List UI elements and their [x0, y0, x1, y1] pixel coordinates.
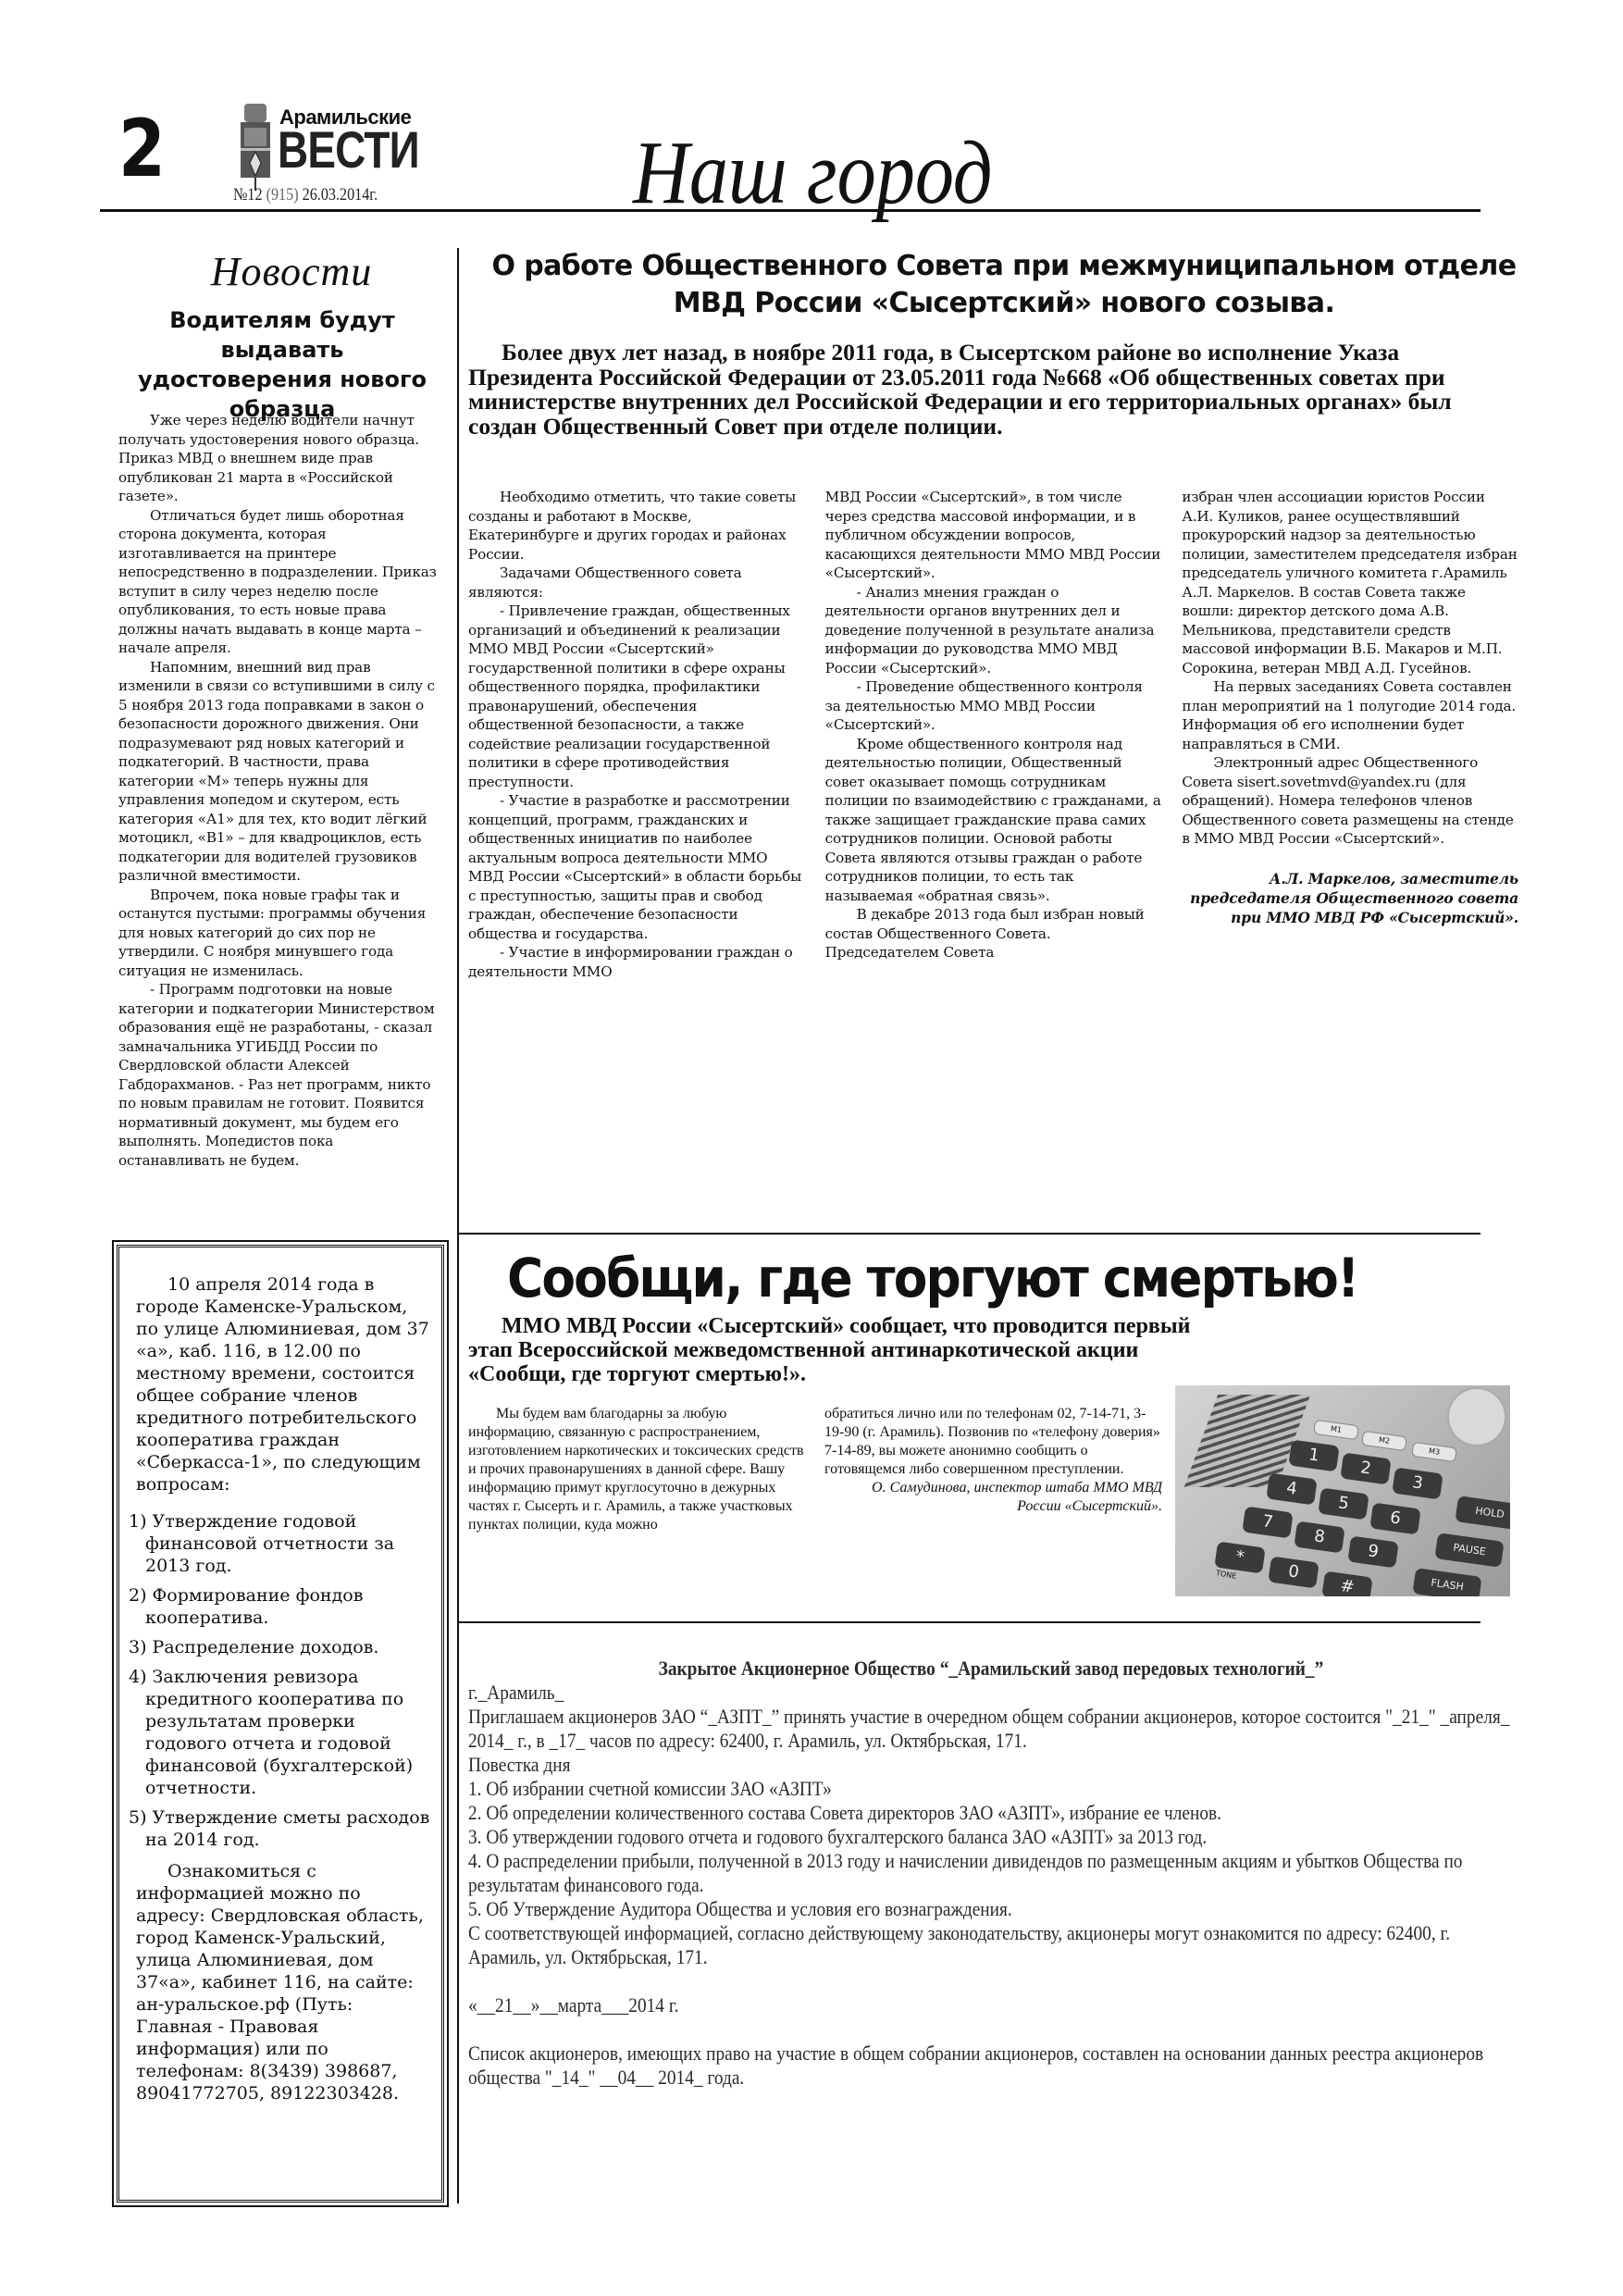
council-article-body: Необходимо отметить, что такие советы со…	[468, 488, 1518, 981]
drug-article-lead: ММО МВД России «Сысертский» сообщает, чт…	[468, 1314, 1227, 1386]
agenda-item: 4) Заключения ревизора кредитного коопер…	[129, 1666, 434, 1799]
paragraph: В декабре 2013 года был избран новый сос…	[825, 905, 1162, 962]
text-column: МВД России «Сысертский», в том числе чер…	[825, 488, 1162, 981]
news-article-body: Уже через неделю водители начнут получат…	[118, 411, 442, 1170]
notice-line: Приглашаем акционеров ЗАО “_АЗПТ_” приня…	[468, 1705, 1514, 1753]
cooperative-announcement-box: 10 апреля 2014 года в городе Каменске-Ур…	[117, 1245, 444, 2203]
issue-number: №12	[233, 185, 263, 205]
paragraph: Задачами Общественного совета являются:	[468, 564, 805, 602]
announcement-content: 10 апреля 2014 года в городе Каменске-Ур…	[129, 1273, 434, 2104]
section-divider	[457, 1233, 1481, 1235]
keypad-key: 8	[1294, 1521, 1344, 1554]
paragraph: На первых заседаниях Совета составлен пл…	[1182, 677, 1518, 753]
agenda-list: 1) Утверждение годовой финансовой отчетн…	[129, 1510, 434, 1851]
paragraph: обратиться лично или по телефонам 02, 7-…	[824, 1405, 1162, 1479]
memory-key: M1	[1313, 1420, 1359, 1441]
text-column: Мы будем вам благодарны за любую информа…	[468, 1405, 806, 1534]
lead-paragraph: ММО МВД России «Сысертский» сообщает, чт…	[468, 1314, 1227, 1386]
announcement-intro: 10 апреля 2014 года в городе Каменске-Ур…	[129, 1273, 434, 1496]
author-signature: А.Л. Маркелов, заместитель председателя …	[1182, 869, 1518, 927]
council-article-title: О работе Общественного Совета при межмун…	[490, 248, 1518, 322]
masthead-rule	[100, 209, 1481, 212]
notice-line: 3. Об утверждении годового отчета и годо…	[468, 1825, 1514, 1849]
function-key: FLASH	[1412, 1568, 1481, 1596]
paragraph: Необходимо отметить, что такие советы со…	[468, 488, 805, 564]
paragraph: - Анализ мнения граждан о деятельности о…	[825, 583, 1162, 678]
paragraph: МВД России «Сысертский», в том числе чер…	[825, 488, 1162, 583]
function-key: HOLD	[1455, 1496, 1510, 1531]
paragraph: Мы будем вам благодарны за любую информа…	[468, 1405, 806, 1534]
telephone-keypad-photo: M1 M2 M3 1 2 3 4 5 6 7 8 9 * 0 # HOLD PA…	[1175, 1385, 1510, 1596]
page-number: 2	[118, 109, 166, 189]
paragraph: Кроме общественного контроля над деятель…	[825, 735, 1162, 906]
keypad-key: 1	[1288, 1440, 1339, 1472]
section-divider	[457, 1621, 1481, 1623]
issue-total: (915)	[266, 185, 299, 205]
text-column: Необходимо отметить, что такие советы со…	[468, 488, 805, 981]
tone-label: TONE	[1215, 1569, 1236, 1581]
notice-date: «__21__»__марта___2014 г.	[468, 1993, 1514, 2017]
keypad-key: 6	[1369, 1503, 1420, 1535]
lead-paragraph: Более двух лет назад, в ноябре 2011 года…	[468, 341, 1514, 439]
agenda-item: 3) Распределение доходов.	[129, 1636, 434, 1658]
text-column: избран член ассоциации юристов России А.…	[1182, 488, 1518, 981]
shareholders-notice: Закрытое Акционерное Общество “_Арамильс…	[468, 1657, 1514, 2090]
notice-line: г._Арамиль_	[468, 1681, 1514, 1705]
paragraph: - Привлечение граждан, общественных орга…	[468, 602, 805, 791]
notice-footer: Список акционеров, имеющих право на учас…	[468, 2042, 1514, 2090]
paragraph: Электронный адрес Общественного Совета s…	[1182, 753, 1518, 849]
function-key: PAUSE	[1434, 1533, 1504, 1568]
memory-key: M2	[1361, 1431, 1407, 1452]
keypad-key: 0	[1268, 1557, 1319, 1589]
notice-line: 2. Об определении количественного состав…	[468, 1801, 1514, 1825]
notice-line: 4. О распределении прибыли, полученной в…	[468, 1849, 1514, 1897]
keypad-key: 9	[1347, 1536, 1398, 1569]
council-article-lead: Более двух лет назад, в ноябре 2011 года…	[468, 341, 1514, 439]
agenda-item: 1) Утверждение годовой финансовой отчетн…	[129, 1510, 434, 1577]
paragraph: избран член ассоциации юристов России А.…	[1182, 488, 1518, 677]
text-column: обратиться лично или по телефонам 02, 7-…	[824, 1405, 1162, 1534]
keypad-key: #	[1321, 1571, 1372, 1596]
notice-title: Закрытое Акционерное Общество “_Арамильс…	[468, 1657, 1514, 1681]
paragraph: Впрочем, пока новые графы так и останутс…	[118, 886, 442, 981]
paragraph: Уже через неделю водители начнут получат…	[118, 411, 442, 506]
issue-info: №12 (915) 26.03.2014г.	[233, 185, 378, 205]
paragraph: - Участие в информировании граждан о дея…	[468, 943, 805, 981]
notice-line: 5. Об Утверждение Аудитора Общества и ус…	[468, 1897, 1514, 1921]
column-divider	[457, 248, 459, 2203]
paragraph: - Проведение общественного контроля за д…	[825, 677, 1162, 735]
memory-key: M3	[1411, 1442, 1457, 1463]
keypad-key: 5	[1318, 1488, 1369, 1520]
speaker-grille	[1184, 1395, 1310, 1487]
announcement-contact: Ознакомиться с информацией можно по адре…	[129, 1860, 434, 2104]
paper-name: ВЕСТИ	[278, 124, 419, 176]
keypad-key: 4	[1266, 1473, 1317, 1506]
paragraph: Напомним, внешний вид прав изменили в св…	[118, 658, 442, 886]
notice-line: С соответствующей информацией, согласно …	[468, 1921, 1514, 1969]
news-heading: Новости	[139, 248, 444, 295]
notice-line: 1. Об избрании счетной комиссии ЗАО «АЗП…	[468, 1777, 1514, 1801]
agenda-item: 5) Утверждение сметы расходов на 2014 го…	[129, 1806, 434, 1851]
drug-article-title: Сообщи, где торгуют смертью!	[507, 1247, 1358, 1309]
keypad-key: 2	[1340, 1453, 1391, 1485]
newspaper-logo: Арамильские ВЕСТИ	[239, 104, 470, 192]
nav-ring	[1447, 1387, 1506, 1446]
drug-article-body: Мы будем вам благодарны за любую информа…	[468, 1405, 1162, 1534]
paragraph: Отличаться будет лишь оборотная сторона …	[118, 506, 442, 658]
spacer	[468, 1969, 1514, 1993]
keypad-key: 3	[1392, 1468, 1443, 1500]
paragraph: - Программ подготовки на новые категории…	[118, 980, 442, 1170]
coat-of-arms-icon	[239, 104, 272, 192]
agenda-item: 2) Формирование фондов кооператива.	[129, 1584, 434, 1629]
issue-date: 26.03.2014г.	[303, 185, 378, 205]
spacer	[468, 2017, 1514, 2042]
section-title: Наш город	[633, 128, 993, 218]
keypad-key: 7	[1242, 1507, 1293, 1539]
news-article-title: Водителям будут выдавать удостоверения н…	[120, 305, 444, 424]
author-signature: О. Самудинова, инспектор штаба ММО МВД Р…	[824, 1479, 1162, 1516]
paragraph: - Участие в разработке и рассмотрении ко…	[468, 791, 805, 943]
notice-line: Повестка дня	[468, 1753, 1514, 1777]
